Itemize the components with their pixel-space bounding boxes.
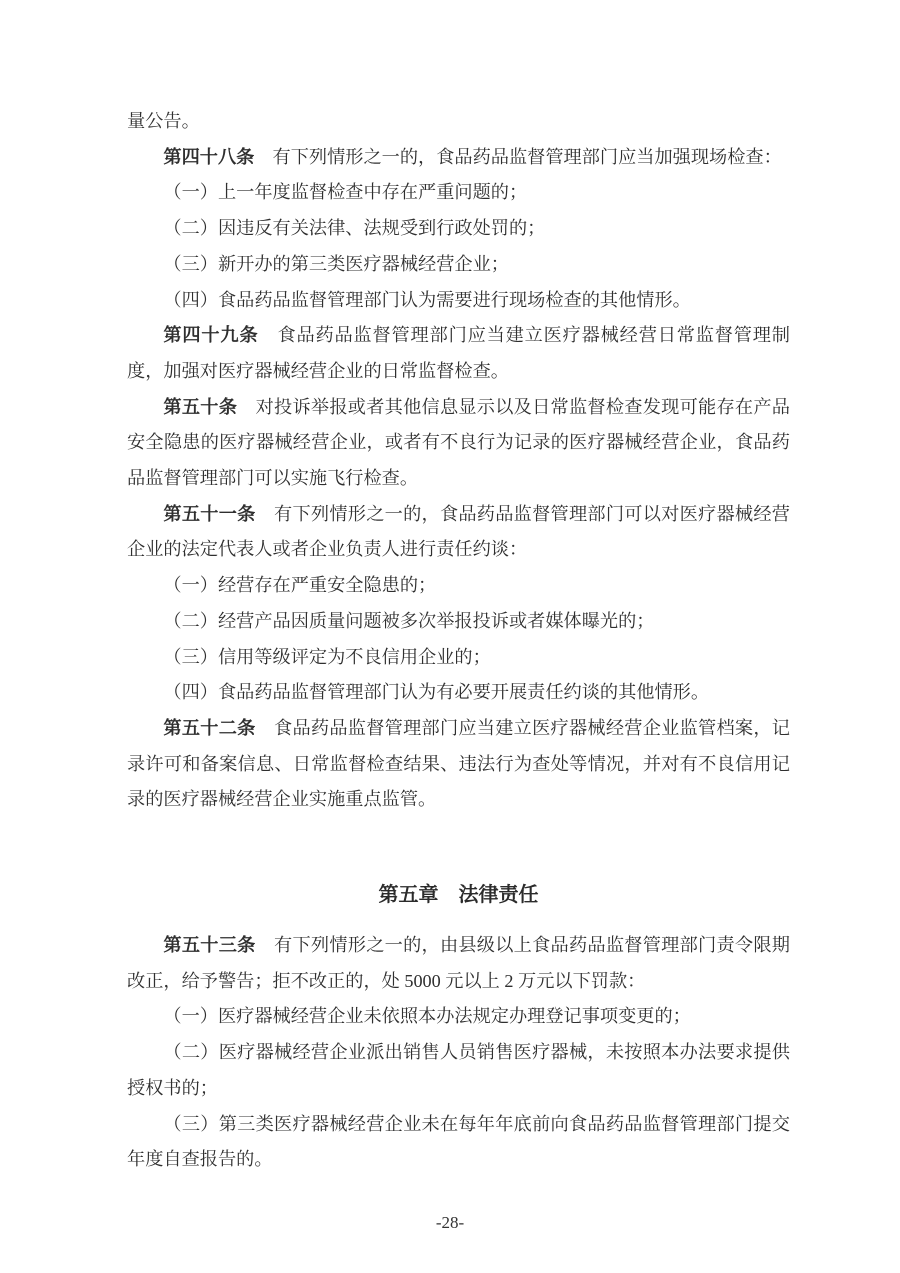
list-item-paragraph: （三）信用等级评定为不良信用企业的； — [127, 640, 790, 676]
article-number-label: 第五十一条 — [163, 504, 255, 524]
article-number-label: 第四十八条 — [163, 147, 254, 167]
article-number-label: 第五十三条 — [163, 935, 255, 955]
article-paragraph: 第四十八条 有下列情形之一的，食品药品监督管理部门应当加强现场检查： — [127, 140, 790, 176]
article-paragraph: 第五十二条 食品药品监督管理部门应当建立医疗器械经营企业监管档案，记录许可和备案… — [127, 711, 790, 818]
chapter-heading: 第五章 法律责任 — [127, 877, 790, 913]
list-item-paragraph: （二）医疗器械经营企业派出销售人员销售医疗器械，未按照本办法要求提供授权书的； — [127, 1035, 790, 1106]
list-item-paragraph: （三）新开办的第三类医疗器械经营企业； — [127, 247, 790, 283]
article-number-label: 第五十二条 — [163, 718, 255, 738]
list-item-paragraph: （四）食品药品监督管理部门认为需要进行现场检查的其他情形。 — [127, 283, 790, 319]
article-paragraph: 第五十一条 有下列情形之一的，食品药品监督管理部门可以对医疗器械经营企业的法定代… — [127, 497, 790, 568]
list-item-paragraph: （三）第三类医疗器械经营企业未在每年年底前向食品药品监督管理部门提交年度自查报告… — [127, 1107, 790, 1178]
continuation-paragraph: 量公告。 — [127, 104, 790, 140]
list-item-paragraph: （四）食品药品监督管理部门认为有必要开展责任约谈的其他情形。 — [127, 675, 790, 711]
list-item-paragraph: （一）医疗器械经营企业未依照本办法规定办理登记事项变更的； — [127, 999, 790, 1035]
article-number-label: 第五十条 — [163, 397, 237, 417]
article-paragraph: 第五十三条 有下列情形之一的，由县级以上食品药品监督管理部门责令限期改正，给予警… — [127, 928, 790, 999]
list-item-paragraph: （二）经营产品因质量问题被多次举报投诉或者媒体曝光的； — [127, 604, 790, 640]
list-item-paragraph: （一）经营存在严重安全隐患的； — [127, 568, 790, 604]
document-page-content: 量公告。第四十八条 有下列情形之一的，食品药品监督管理部门应当加强现场检查：（一… — [127, 104, 790, 1178]
article-paragraph: 第四十九条 食品药品监督管理部门应当建立医疗器械经营日常监督管理制度，加强对医疗… — [127, 318, 790, 389]
article-paragraph: 第五十条 对投诉举报或者其他信息显示以及日常监督检查发现可能存在产品安全隐患的医… — [127, 390, 790, 497]
list-item-paragraph: （一）上一年度监督检查中存在严重问题的； — [127, 175, 790, 211]
article-number-label: 第四十九条 — [163, 325, 258, 345]
list-item-paragraph: （二）因违反有关法律、法规受到行政处罚的； — [127, 211, 790, 247]
page-number: -28- — [0, 1212, 900, 1234]
